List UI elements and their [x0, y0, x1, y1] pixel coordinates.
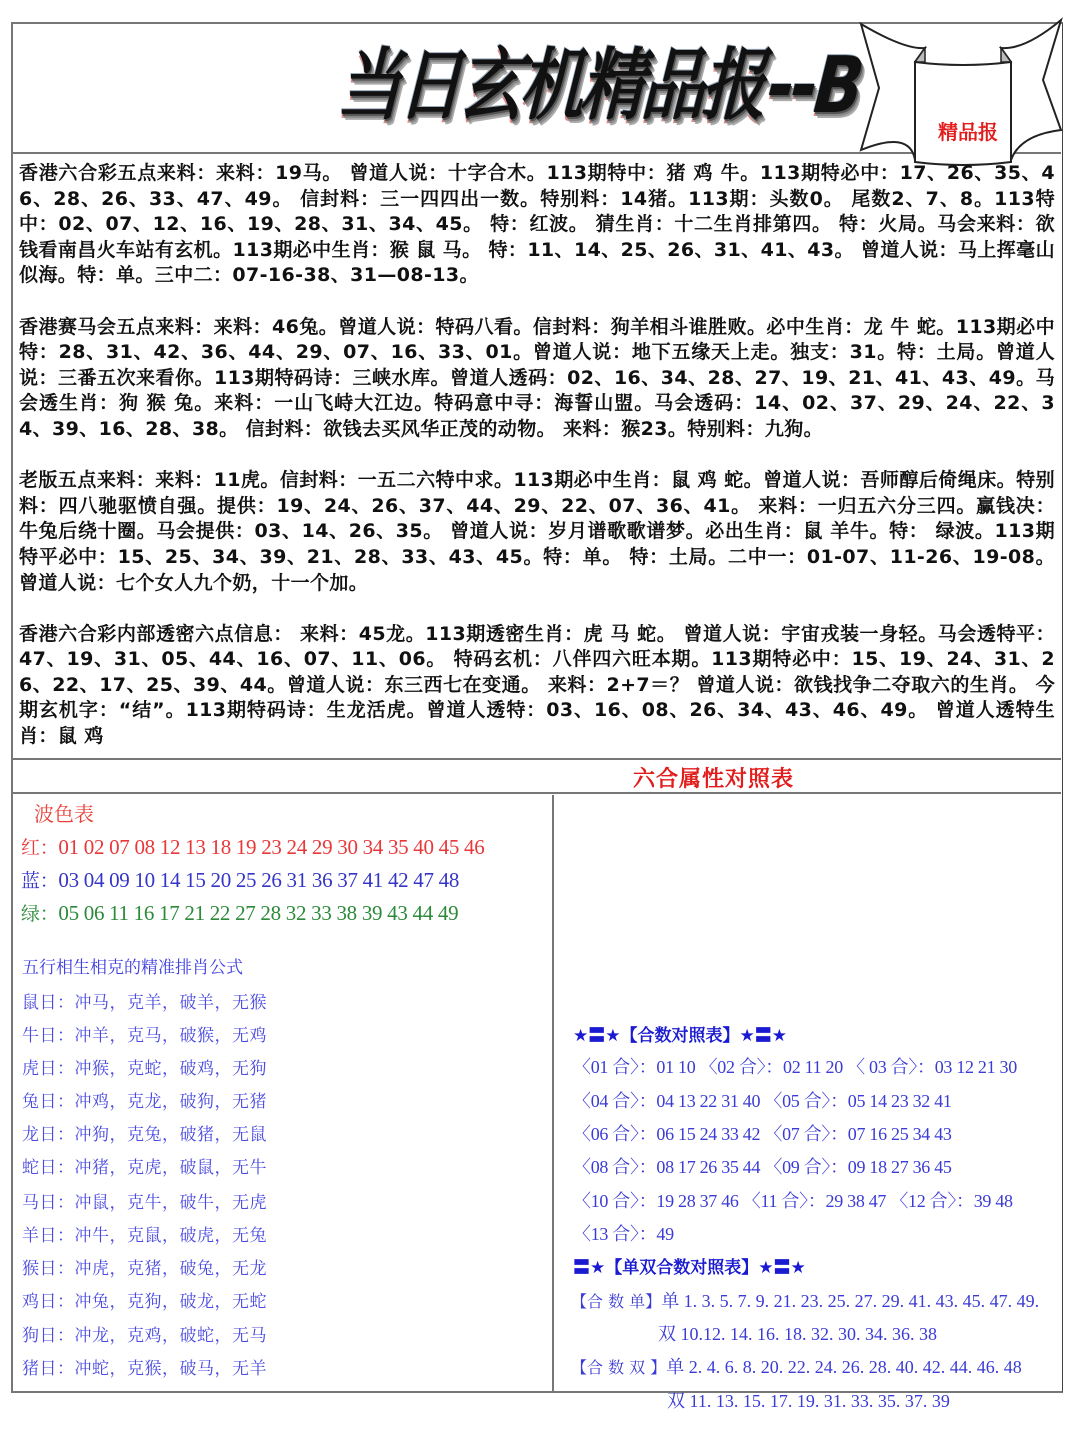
wuxing-row: 马日：冲鼠，克牛，破牛，无虎: [22, 1188, 267, 1213]
heshu-row: 〈13 合〉：49: [573, 1220, 674, 1246]
wave-row-green: 绿：05 06 11 16 17 21 22 27 28 32 33 38 39…: [21, 899, 458, 926]
wuxing-row: 龙日：冲狗，克兔，破猪，无鼠: [22, 1120, 267, 1145]
wuxing-row: 羊日：冲牛，克鼠，破虎，无兔: [22, 1221, 267, 1246]
articles-section: 香港六合彩五点来料：来料：19马。 曾道人说：十字合木。113期特中：猪 鸡 牛…: [13, 155, 1061, 760]
wave-row-blue: 蓝：03 04 09 10 14 15 20 25 26 31 36 37 41…: [21, 866, 459, 893]
odd-heshu-label: 【合 数 单】: [571, 1292, 661, 1311]
wave-label: 绿：: [21, 903, 58, 925]
right-column: ★〓★【合数对照表】★〓★ 〈01 合〉：01 10 〈02 合〉：02 11 …: [556, 795, 1061, 1391]
heshu-row: 〈08 合〉：08 17 26 35 44 〈09 合〉：09 18 27 36…: [573, 1153, 952, 1179]
wave-table-title: 波色表: [34, 798, 94, 827]
table-title: 六合属性对照表: [633, 762, 794, 793]
header: 当日玄机精品报--B 精品报: [13, 24, 1061, 154]
wave-numbers: 03 04 09 10 14 15 20 25 26 31 36 37 41 4…: [58, 868, 459, 892]
wuxing-row: 蛇日：冲猪，克虎，破鼠，无牛: [22, 1153, 267, 1178]
heshu-row: 〈04 合〉：04 13 22 31 40 〈05 合〉：05 14 23 32…: [573, 1087, 952, 1113]
wave-numbers: 05 06 11 16 17 21 22 27 28 32 33 38 39 4…: [58, 901, 458, 925]
article-paragraph: 香港六合彩五点来料：来料：19马。 曾道人说：十字合木。113期特中：猪 鸡 牛…: [19, 161, 1055, 289]
heshu-row: 〈10 合〉：19 28 37 46 〈11 合〉：29 38 47 〈12 合…: [573, 1187, 1013, 1213]
page-title: 当日玄机精品报--B: [331, 36, 873, 136]
banner-label: 精品报: [918, 116, 1018, 145]
table-header: 六合属性对照表: [13, 758, 1061, 794]
left-column: 波色表 红：01 02 07 08 12 13 18 19 23 24 29 3…: [13, 795, 554, 1391]
heshu-row: 〈01 合〉：01 10 〈02 合〉：02 11 20 〈 03 合〉：03 …: [573, 1053, 1017, 1079]
even-heshu-label: 【合 数 双 】: [571, 1358, 666, 1377]
odd-heshu-dan: 单 1. 3. 5. 7. 9. 21. 23. 25. 27. 29. 41.…: [661, 1291, 1039, 1311]
danshuang-title: 〓★【单双合数对照表】★〓★: [573, 1253, 806, 1278]
odd-heshu-dan-row: 【合 数 单】单 1. 3. 5. 7. 9. 21. 23. 25. 27. …: [571, 1287, 1039, 1313]
even-heshu-shuang: 双 11. 13. 15. 17. 19. 31. 33. 35. 37. 39: [667, 1387, 950, 1413]
wuxing-title: 五行相生相克的精准排肖公式: [22, 953, 243, 978]
wuxing-row: 鼠日：冲马，克羊，破羊，无猴: [22, 988, 267, 1013]
even-heshu-dan: 单 2. 4. 6. 8. 20. 22. 24. 26. 28. 40. 42…: [666, 1357, 1022, 1377]
wuxing-row: 兔日：冲鸡，克龙，破狗，无猪: [22, 1087, 267, 1112]
wave-numbers: 01 02 07 08 12 13 18 19 23 24 29 30 34 3…: [58, 835, 484, 859]
wave-label: 蓝：: [21, 870, 58, 892]
wuxing-row: 猪日：冲蛇，克猴，破马，无羊: [22, 1354, 267, 1379]
wuxing-row: 狗日：冲龙，克鸡，破蛇，无马: [22, 1321, 267, 1346]
heshu-row: 〈06 合〉：06 15 24 33 42 〈07 合〉：07 16 25 34…: [573, 1120, 952, 1146]
wave-row-red: 红：01 02 07 08 12 13 18 19 23 24 29 30 34…: [21, 833, 484, 860]
ribbon-banner-icon: [855, 10, 1067, 175]
page-frame: 当日玄机精品报--B 精品报 香港六合彩五点来料：来料：19马。 曾道人说：十字…: [11, 22, 1063, 1393]
wuxing-row: 虎日：冲猴，克蛇，破鸡，无狗: [22, 1054, 267, 1079]
article-paragraph: 老版五点来料：来料：11虎。信封料：一五二六特中求。113期必中生肖：鼠 鸡 蛇…: [19, 468, 1055, 596]
odd-heshu-shuang: 双 10.12. 14. 16. 18. 32. 30. 34. 36. 38: [658, 1320, 937, 1346]
article-paragraph: 香港六合彩内部透密六点信息： 来料：45龙。113期透密生肖：虎 马 蛇。 曾道…: [19, 622, 1055, 750]
wuxing-row: 牛日：冲羊，克马，破猴，无鸡: [22, 1021, 267, 1046]
even-heshu-dan-row: 【合 数 双 】单 2. 4. 6. 8. 20. 22. 24. 26. 28…: [571, 1353, 1022, 1379]
article-paragraph: 香港赛马会五点来料：来料：46兔。曾道人说：特码八看。信封料：狗羊相斗谁胜败。必…: [19, 315, 1055, 443]
heshu-title: ★〓★【合数对照表】★〓★: [573, 1021, 787, 1046]
wuxing-row: 猴日：冲虎，克猪，破兔，无龙: [22, 1254, 267, 1279]
wave-label: 红：: [21, 837, 58, 859]
wuxing-row: 鸡日：冲兔，克狗，破龙，无蛇: [22, 1287, 267, 1312]
